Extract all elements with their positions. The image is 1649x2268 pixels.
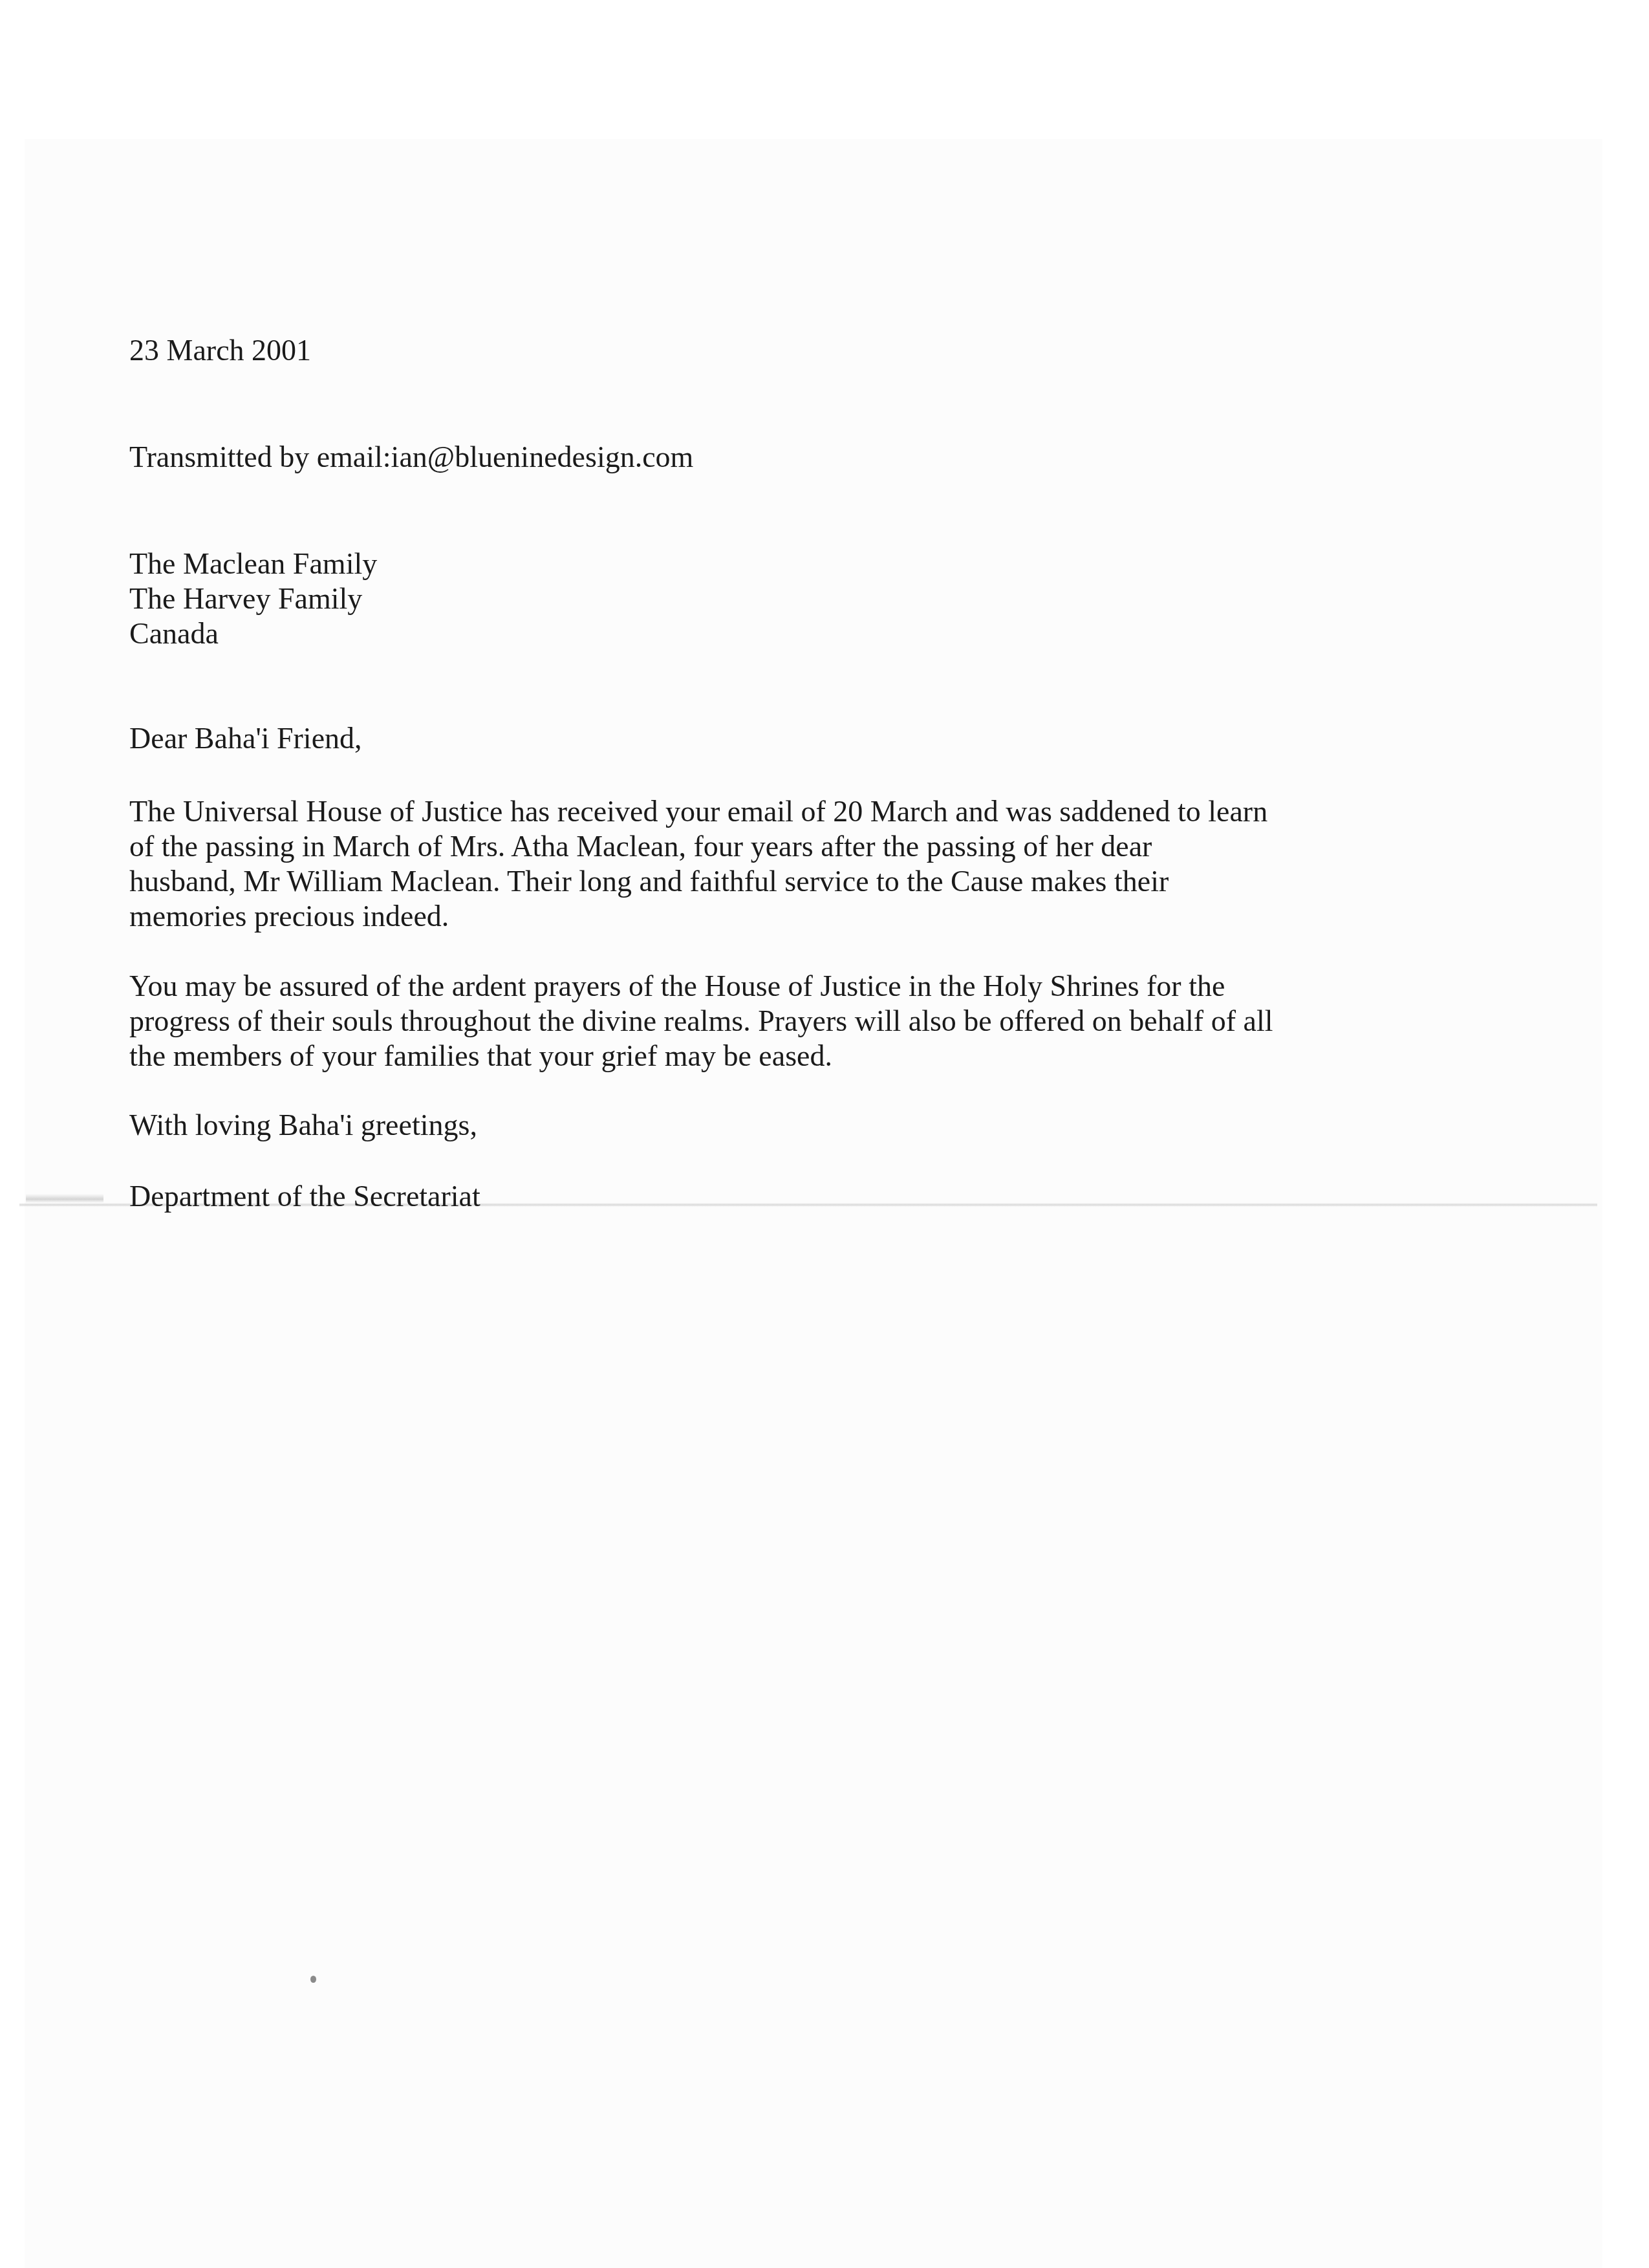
salutation: Dear Baha'i Friend, (129, 721, 362, 756)
paragraph-line: progress of their souls throughout the d… (129, 1004, 1273, 1039)
paper-fold-mark (26, 1194, 103, 1203)
recipient-line: Canada (129, 616, 377, 651)
letter-date: 23 March 2001 (129, 333, 311, 368)
paragraph-line: husband, Mr William Maclean. Their long … (129, 864, 1267, 899)
transmission-line: Transmitted by email:ian@blueninedesign.… (129, 440, 693, 475)
recipient-line: The Maclean Family (129, 546, 377, 581)
paragraph-line: You may be assured of the ardent prayers… (129, 969, 1273, 1004)
paragraph-line: of the passing in March of Mrs. Atha Mac… (129, 829, 1267, 864)
body-paragraph-1: The Universal House of Justice has recei… (129, 794, 1267, 934)
body-paragraph-2: You may be assured of the ardent prayers… (129, 969, 1273, 1074)
paragraph-line: the members of your families that your g… (129, 1039, 1273, 1074)
recipient-line: The Harvey Family (129, 581, 377, 616)
paragraph-line: The Universal House of Justice has recei… (129, 794, 1267, 829)
paper-speck (310, 1976, 316, 1983)
paragraph-line: memories precious indeed. (129, 899, 1267, 934)
signature: Department of the Secretariat (129, 1179, 480, 1214)
closing: With loving Baha'i greetings, (129, 1108, 477, 1143)
recipient-address: The Maclean Family The Harvey Family Can… (129, 546, 377, 651)
